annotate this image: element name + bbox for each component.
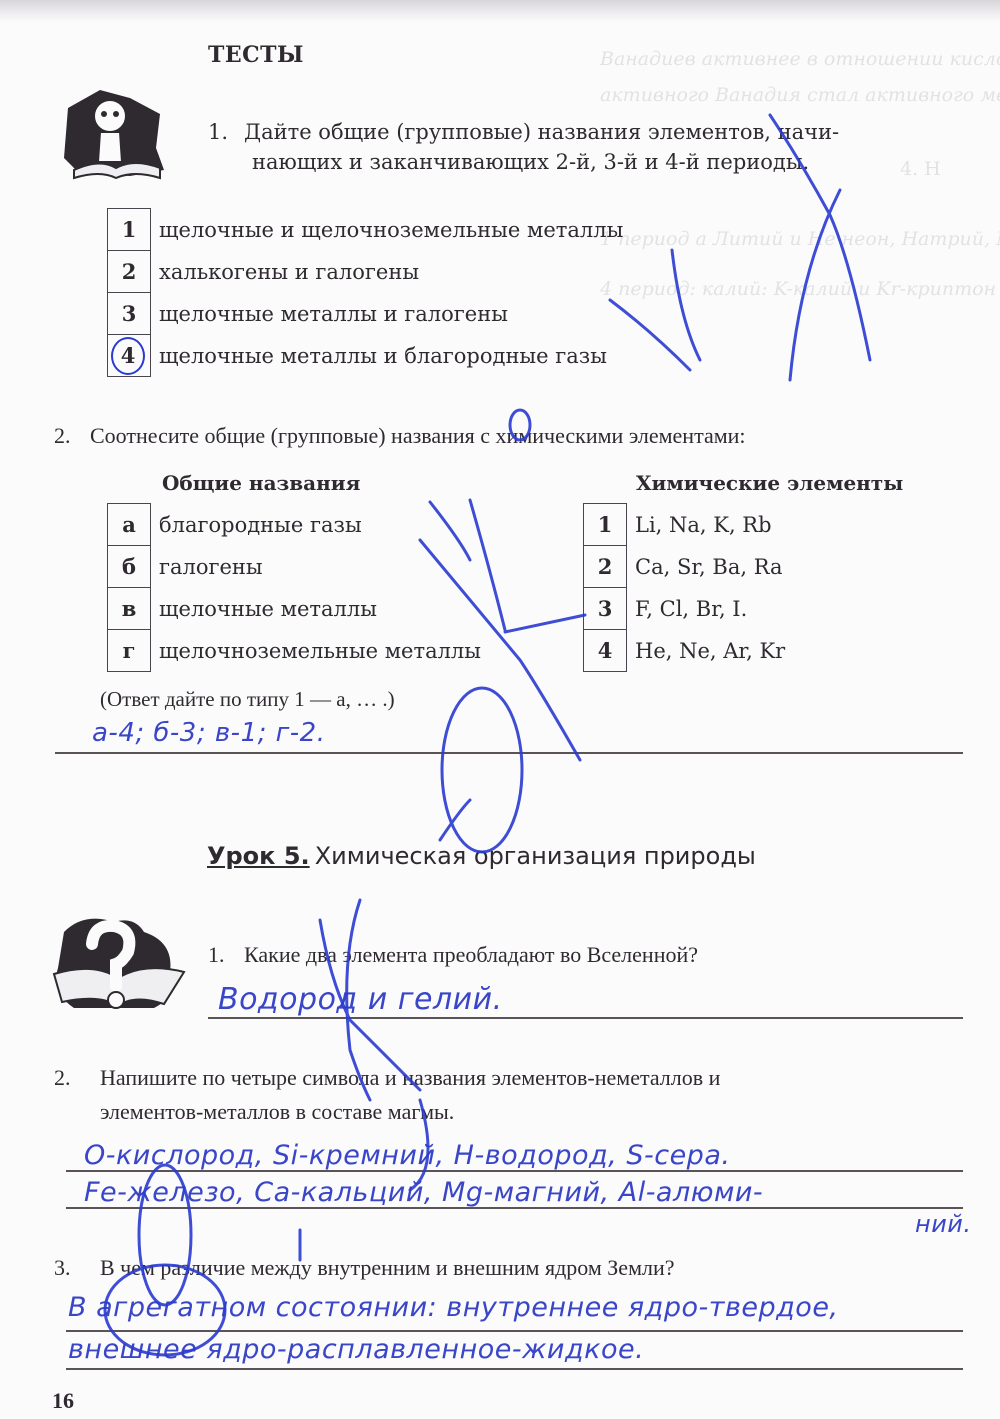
handwritten-answer[interactable]: а-4; б-3; в-1; г-2. [92,718,325,748]
handwritten-answer[interactable]: Fe-железо, Ca-кальций, Mg-магний, Al-алю… [84,1177,763,1208]
table-row: бгалогены [108,546,482,588]
general-names-table: аблагородные газы бгалогены вщелочные ме… [107,503,482,672]
handwritten-answer[interactable]: ний. [915,1210,972,1238]
bleed-through-text: 4 период: калий: K-калий и Kr-криптон [600,278,996,300]
lesson-heading: Урок 5. Химическая организация природы [207,842,756,870]
handwritten-answer[interactable]: В агрегатном состоянии: внутреннее ядро-… [68,1292,839,1323]
column-header-chemical-elements: Химические элементы [636,471,903,495]
question-mark-book-icon [44,912,194,1012]
bleed-through-text: 1 период а Литий и Не неон, Натрий, Na а… [600,228,1000,250]
answer-line [66,1207,963,1209]
answer-line [66,1330,963,1332]
handwritten-answer[interactable]: O-кислород, Si-кремний, H-водород, S-сер… [84,1140,730,1171]
lesson-question-2: 2.Напишите по четыре символа и названия … [54,1061,720,1129]
column-header-general-names: Общие названия [162,471,360,495]
option-row-selected[interactable]: 4щелочные металлы и благородные газы [108,335,625,377]
table-row: 1Li, Na, K, Rb [584,504,787,546]
option-row[interactable]: 3щелочные металлы и галогены [108,293,625,335]
answer-line [208,1017,963,1019]
bleed-through-text: активного Ванадия стал активного металл [600,84,1000,106]
tests-q1-options: 1щелочные и щелочноземельные металлы 2ха… [107,208,625,377]
table-row: 2Ca, Sr, Ba, Ra [584,546,787,588]
section-title-tests: ТЕСТЫ [208,42,304,68]
page-number: 16 [52,1388,74,1414]
tests-question-1: 1.Дайте общие (групповые) названия элеме… [208,117,968,177]
page-top-shadow [0,0,1000,22]
boy-reading-icon [60,78,170,184]
option-row[interactable]: 2халькогены и галогены [108,251,625,293]
bleed-through-text: Ванадиев активнее в отношении кислотный [600,48,1000,70]
answer-line [66,1368,963,1370]
handwritten-answer[interactable]: внешнее ядро-расплавленное-жидкое. [68,1334,644,1365]
table-row: 4He, Ne, Ar, Kr [584,630,787,672]
lesson-title: Химическая организация природы [315,842,756,870]
table-row: вщелочные металлы [108,588,482,630]
lesson-question-3: 3.В чем различие между внутренним и внеш… [54,1253,675,1283]
handwritten-answer[interactable]: Водород и гелий. [218,982,503,1017]
table-row: гщелочноземельные металлы [108,630,482,672]
answer-line [66,1170,963,1172]
option-row[interactable]: 1щелочные и щелочноземельные металлы [108,209,625,251]
table-row: 3F, Cl, Br, I. [584,588,787,630]
answer-line [55,752,963,754]
lesson-number: Урок 5. [207,842,310,870]
answer-format-hint: (Ответ дайте по типу 1 — а, … .) [100,687,395,712]
selected-answer-circle: 4 [111,337,145,375]
table-row: аблагородные газы [108,504,482,546]
chemical-elements-table: 1Li, Na, K, Rb 2Ca, Sr, Ba, Ra 3F, Cl, B… [583,503,787,672]
lesson-question-1: 1.Какие два элемента преобладают во Всел… [208,940,698,970]
tests-question-2: 2.Соотнесите общие (групповые) названия … [54,421,746,451]
